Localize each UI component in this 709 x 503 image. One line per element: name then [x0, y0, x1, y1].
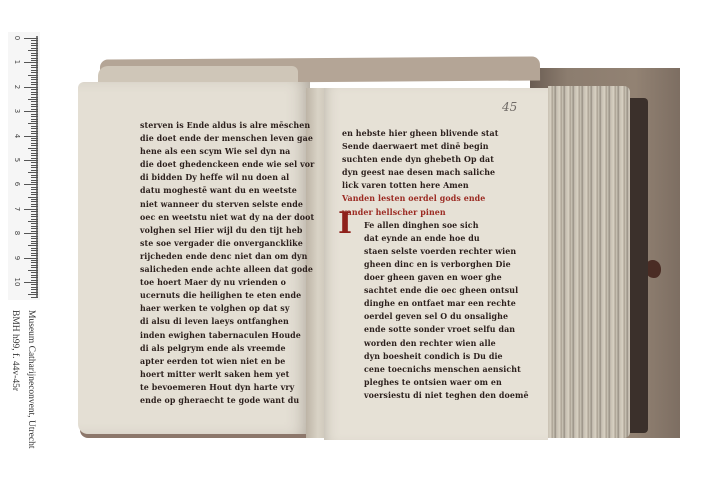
ruler-label: 5 — [13, 155, 21, 165]
ruler-tick — [31, 94, 38, 95]
ruler-label: 2 — [13, 82, 21, 92]
ruler-tick — [31, 79, 38, 80]
manuscript-line: doer gheen gaven en woer ghe — [364, 272, 529, 285]
ruler-tick — [24, 282, 38, 283]
ruler-tick — [28, 197, 38, 198]
ruler-tick — [31, 204, 38, 205]
manuscript-line: rijcheden ende denc niet dan om dyn — [140, 251, 314, 264]
ruler-tick — [24, 160, 38, 161]
manuscript-line: dinghe en ontfaet mar een rechte — [364, 298, 529, 311]
ruler-tick — [31, 138, 38, 139]
manuscript-line: oerdel geven sel O du onsalighe — [364, 311, 529, 324]
ruler-tick — [31, 155, 38, 156]
ruler-tick — [31, 150, 38, 151]
ruler-tick — [31, 194, 38, 195]
ruler-label: 4 — [13, 131, 21, 141]
ruler-tick — [31, 162, 38, 163]
ruler-tick — [31, 43, 38, 44]
ruler-label: 0 — [13, 33, 21, 43]
ruler-label: 7 — [13, 204, 21, 214]
ruler-tick — [31, 128, 38, 129]
ruler-tick — [31, 82, 38, 83]
ruler-tick — [31, 53, 38, 54]
manuscript-line: die doet ghedenckeen ende wie sel vor — [140, 159, 314, 172]
ruler-tick — [31, 260, 38, 261]
ruler-tick — [31, 153, 38, 154]
manuscript-line: inden ewighen tabernaculen Houde — [140, 330, 314, 343]
manuscript-line: ucernuts die heilighen te eten ende — [140, 290, 314, 303]
manuscript-line: di als pelgrym ende als vreemde — [140, 343, 314, 356]
ruler-tick — [31, 60, 38, 61]
ruler-tick — [31, 206, 38, 207]
manuscript-line: salicheden ende achte alleen dat gode — [140, 264, 314, 277]
ruler-tick — [31, 192, 38, 193]
ruler-tick — [28, 50, 38, 51]
ruler-tick — [31, 72, 38, 73]
ruler-tick — [31, 216, 38, 217]
manuscript-line: gheen dinc en is verborghen Die — [364, 259, 529, 272]
ruler-tick — [31, 214, 38, 215]
manuscript-line: Fe allen dinghen soe sich — [364, 220, 529, 233]
manuscript-line: pleghes te ontsien waer om en — [364, 377, 529, 390]
manuscript-line: haer werken te volghen op dat sy — [140, 303, 314, 316]
manuscript-line: vander hellscher pinen — [342, 207, 527, 220]
ruler-tick — [24, 38, 38, 39]
ruler-tick — [31, 126, 38, 127]
ruler-label: 3 — [13, 106, 21, 116]
ruler-tick — [31, 187, 38, 188]
manuscript-line: dat eynde an ende hoe du — [364, 233, 529, 246]
ruler-tick — [31, 250, 38, 251]
ruler-tick — [31, 84, 38, 85]
ruler-tick — [28, 245, 38, 246]
manuscript-line: toe hoert Maer dy nu vrienden o — [140, 277, 314, 290]
manuscript-line: Sende daerwaert met dinē begin — [342, 141, 527, 154]
ruler-tick — [31, 238, 38, 239]
ruler-tick — [31, 255, 38, 256]
ruler-tick — [28, 148, 38, 149]
caption-shelfmark: BMH h99, f. 44v-45r — [10, 310, 20, 391]
manuscript-line: oec en weetstu niet wat dy na der doot — [140, 212, 314, 225]
manuscript-line: te bevoemeren Hout dyn harte vry — [140, 382, 314, 395]
right-text-after-heading: Fe allen dinghen soe sichdat eynde an en… — [342, 220, 543, 403]
ruler-tick — [24, 136, 38, 137]
ruler-tick — [31, 253, 38, 254]
ruler-tick — [28, 270, 38, 271]
ruler-tick — [31, 48, 38, 49]
ruler-tick — [24, 184, 38, 185]
ruler-tick — [31, 133, 38, 134]
ruler-tick — [31, 165, 38, 166]
ruler-tick — [24, 87, 38, 88]
folio-number: 45 — [502, 100, 517, 114]
manuscript-line: Vanden lesten oerdel gods ende — [342, 193, 527, 206]
ruler-tick — [31, 219, 38, 220]
caption-institution: Museum Catharijneconvent, Utrecht — [26, 310, 36, 449]
ruler-tick — [28, 221, 38, 222]
ruler-tick — [31, 114, 38, 115]
ruler-tick — [31, 231, 38, 232]
ruler-tick — [28, 123, 38, 124]
ruler-tick — [31, 177, 38, 178]
right-page-text: en hebste hier gheen blivende statSende … — [342, 128, 543, 403]
ruler-tick — [28, 172, 38, 173]
manuscript-line: volghen sel Hier wijl du den tijt heb — [140, 225, 314, 238]
manuscript-line: datu moghestē want du en weetste — [140, 185, 314, 198]
ruler-tick — [31, 170, 38, 171]
ruler-tick — [31, 89, 38, 90]
ruler-tick — [31, 45, 38, 46]
image-caption: Museum Catharijneconvent, Utrecht BMH h9… — [2, 310, 46, 500]
ruler-tick — [31, 265, 38, 266]
manuscript-line: sachtet ende die oec gheen ontsul — [364, 285, 529, 298]
ruler-tick — [31, 226, 38, 227]
ruler-tick — [31, 236, 38, 237]
manuscript-line: niet wanneer du sterven selste ende — [140, 199, 314, 212]
ruler-tick — [31, 175, 38, 176]
ruler-tick — [31, 145, 38, 146]
ruler-tick — [31, 267, 38, 268]
ruler-label: 1 — [13, 57, 21, 67]
ruler-tick — [31, 201, 38, 202]
manuscript-line: en hebste hier gheen blivende stat — [342, 128, 527, 141]
ruler-label: 6 — [13, 179, 21, 189]
ruler-tick — [24, 209, 38, 210]
ruler-tick — [31, 272, 38, 273]
ruler-tick — [31, 223, 38, 224]
ruler-tick — [31, 40, 38, 41]
ruler-tick — [31, 106, 38, 107]
ruler-tick — [31, 182, 38, 183]
ruler-tick — [31, 167, 38, 168]
ruler-tick — [24, 111, 38, 112]
ruler-label: 8 — [13, 228, 21, 238]
ruler-tick — [31, 143, 38, 144]
ruler-tick — [31, 158, 38, 159]
ruler-tick — [31, 228, 38, 229]
manuscript-line: sterven is Ende aldus is alre mēschen — [140, 120, 314, 133]
ruler-tick — [31, 116, 38, 117]
fore-edge-leaves — [548, 86, 630, 438]
manuscript-line: lick varen totten here Amen — [342, 180, 527, 193]
manuscript-line: cene toecnichs menschen aensicht — [364, 364, 529, 377]
manuscript-line: suchten ende dyn ghebeth Op dat — [342, 154, 527, 167]
ruler-tick — [31, 277, 38, 278]
manuscript-line: hene als een scym Wie sel dyn na — [140, 146, 314, 159]
ruler-tick — [31, 55, 38, 56]
ruler-tick — [31, 58, 38, 59]
ruler-tick — [31, 189, 38, 190]
ruler-tick — [31, 262, 38, 263]
manuscript-line: voersiestu di niet teghen den doemē — [364, 390, 529, 403]
ruler-tick — [28, 75, 38, 76]
left-page-text: sterven is Ende aldus is alre mēschendie… — [140, 120, 330, 408]
ruler-tick — [31, 199, 38, 200]
ruler-tick — [31, 292, 38, 293]
ruler-tick — [31, 284, 38, 285]
ruler-tick — [31, 119, 38, 120]
ruler-tick — [31, 92, 38, 93]
ruler-tick — [31, 243, 38, 244]
open-manuscript-book: 45 sterven is Ende aldus is alre mēschen… — [70, 58, 680, 448]
manuscript-line: staen selste voerden rechter wien — [364, 246, 529, 259]
ruler-tick — [31, 180, 38, 181]
ruler-label: 9 — [13, 253, 21, 263]
ruler-tick — [31, 101, 38, 102]
ruler-tick — [31, 140, 38, 141]
ruler-tick — [31, 248, 38, 249]
manuscript-line: di bidden Dy heffe wil nu doen al — [140, 172, 314, 185]
ruler-tick — [31, 77, 38, 78]
ruler-tick — [31, 289, 38, 290]
ruler-tick — [31, 97, 38, 98]
ruler-tick — [31, 275, 38, 276]
ruler-tick — [31, 67, 38, 68]
rubric-heading: Vanden lesten oerdel gods endevander hel… — [342, 193, 543, 219]
ruler-tick — [24, 258, 38, 259]
ruler-tick — [31, 280, 38, 281]
ruler-tick — [24, 62, 38, 63]
ruler-tick — [31, 131, 38, 132]
manuscript-line: ste soe vergader die onvergancklike — [140, 238, 314, 251]
manuscript-line: apter eerden tot wien niet en be — [140, 356, 314, 369]
ruler-tick — [31, 287, 38, 288]
ruler-tick — [31, 121, 38, 122]
right-text-before-heading: en hebste hier gheen blivende statSende … — [342, 128, 543, 193]
manuscript-line: worden den rechter wien alle — [364, 338, 529, 351]
ruler-label: 10 — [13, 277, 21, 287]
ruler-tick — [31, 211, 38, 212]
manuscript-line: die doet ende der menschen leven gae — [140, 133, 314, 146]
manuscript-line: di alsu di leven laeys ontfanghen — [140, 316, 314, 329]
ruler-tick — [31, 297, 38, 298]
ruler-tick — [31, 104, 38, 105]
manuscript-line: ende op gheraecht te gode want du — [140, 395, 314, 408]
ruler-tick — [24, 233, 38, 234]
manuscript-line: dyn geest nae desen mach saliche — [342, 167, 527, 180]
decorated-initial: I — [338, 206, 352, 241]
manuscript-line: dyn boesheit condich is Du die — [364, 351, 529, 364]
manuscript-line: ende sotte sonder vroet selfu dan — [364, 324, 529, 337]
ruler-tick — [31, 241, 38, 242]
ruler-tick — [28, 294, 38, 295]
ruler-tick — [31, 109, 38, 110]
measurement-ruler: 012345678910 — [8, 32, 40, 300]
ruler-tick — [31, 70, 38, 71]
manuscript-line: hoert mitter werlt saken hem yet — [140, 369, 314, 382]
ruler-tick — [28, 99, 38, 100]
ruler-tick — [31, 65, 38, 66]
